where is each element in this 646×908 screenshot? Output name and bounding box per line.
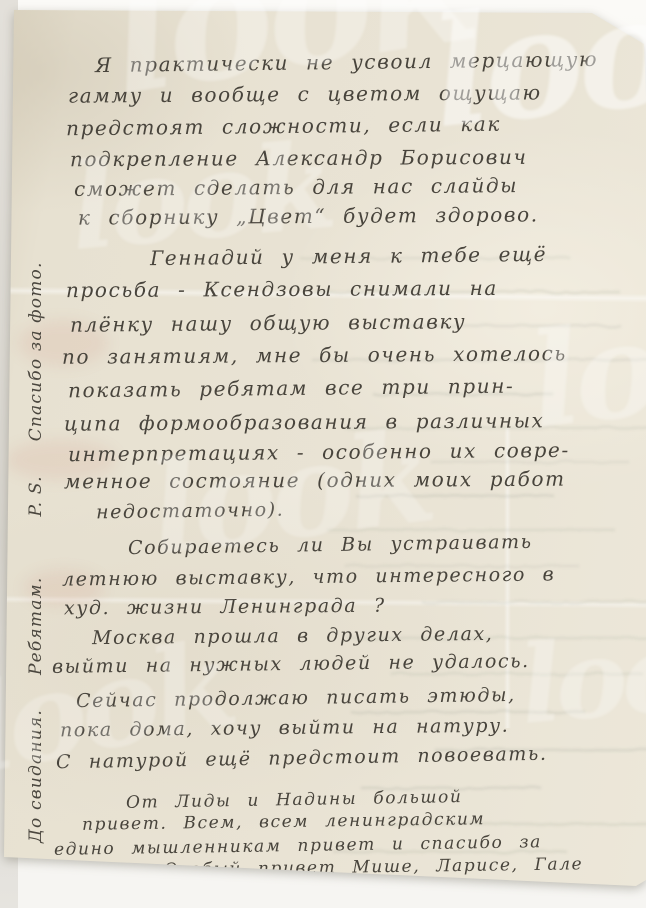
handwriting-line: С натурой ещё предстоит повоевать.	[56, 743, 548, 774]
handwriting-line: Сейчас продолжаю писать этюды,	[76, 684, 516, 712]
handwriting-line: интерпретациях - особенно их совре-	[68, 438, 570, 466]
handwriting-line: по занятиям, мне бы очень хотелось	[62, 341, 567, 369]
handwriting-line: просьба - Ксендзовы снимали на	[66, 276, 498, 302]
handwriting-line: Я практически не усвоил мерцающую	[95, 47, 598, 77]
margin-ps-text: Спасибо за фото.	[26, 261, 46, 441]
paper-wrap: Я практически не усвоил мерцающую гамму …	[0, 0, 646, 908]
letter-scan: Я практически не усвоил мерцающую гамму …	[0, 0, 646, 908]
handwriting-line: привет. Всем, всем ленинградским	[82, 809, 485, 835]
handwriting-line: Москва прошла в других делах,	[92, 623, 494, 649]
handwriting-line: худ. жизни Ленинграда ?	[64, 595, 386, 620]
handwriting-line: От Лиды и Надины большой	[126, 787, 463, 813]
handwriting-line: пока дома, хочу выйти на натуру.	[60, 715, 510, 742]
handwriting-line: ципа формообразования в различных	[64, 408, 545, 435]
margin-goodbye: До свидания.	[26, 709, 46, 843]
handwriting-line: сможет сделать для нас слайды	[74, 173, 518, 201]
paper-sheet: Я практически не усвоил мерцающую гамму …	[0, 0, 646, 908]
handwriting-line: показать ребятам все три прин-	[68, 374, 515, 403]
handwriting-line: менное состояние (одних моих работ	[64, 467, 566, 494]
margin-ps-label: P. S.	[26, 475, 46, 516]
handwriting-line: Собираетесь ли Вы устраивать	[128, 531, 533, 559]
handwriting-line: подкрепление Александр Борисович	[70, 145, 528, 171]
handwriting-line: плёнку нашу общую выставку	[70, 309, 466, 336]
margin-note: До свидания. Ребятам. P. S. Спасибо за ф…	[14, 243, 58, 843]
handwriting-line: предстоят сложности, если как	[66, 112, 501, 141]
handwriting-line: недостаточно).	[96, 499, 285, 524]
handwriting-line: гамму и вообще с цветом ощущаю	[68, 80, 542, 107]
handwriting-line: летнюю выставку, что интересного в	[62, 563, 555, 590]
handwriting-line: к сборнику „Цвет“ будет здорово.	[78, 202, 539, 229]
handwriting-line: Геннадий у меня к тебе ещё	[150, 242, 547, 270]
margin-signature: Ребятам.	[26, 577, 46, 676]
handwriting-line: выйти на нужных людей не удалось.	[52, 650, 530, 678]
